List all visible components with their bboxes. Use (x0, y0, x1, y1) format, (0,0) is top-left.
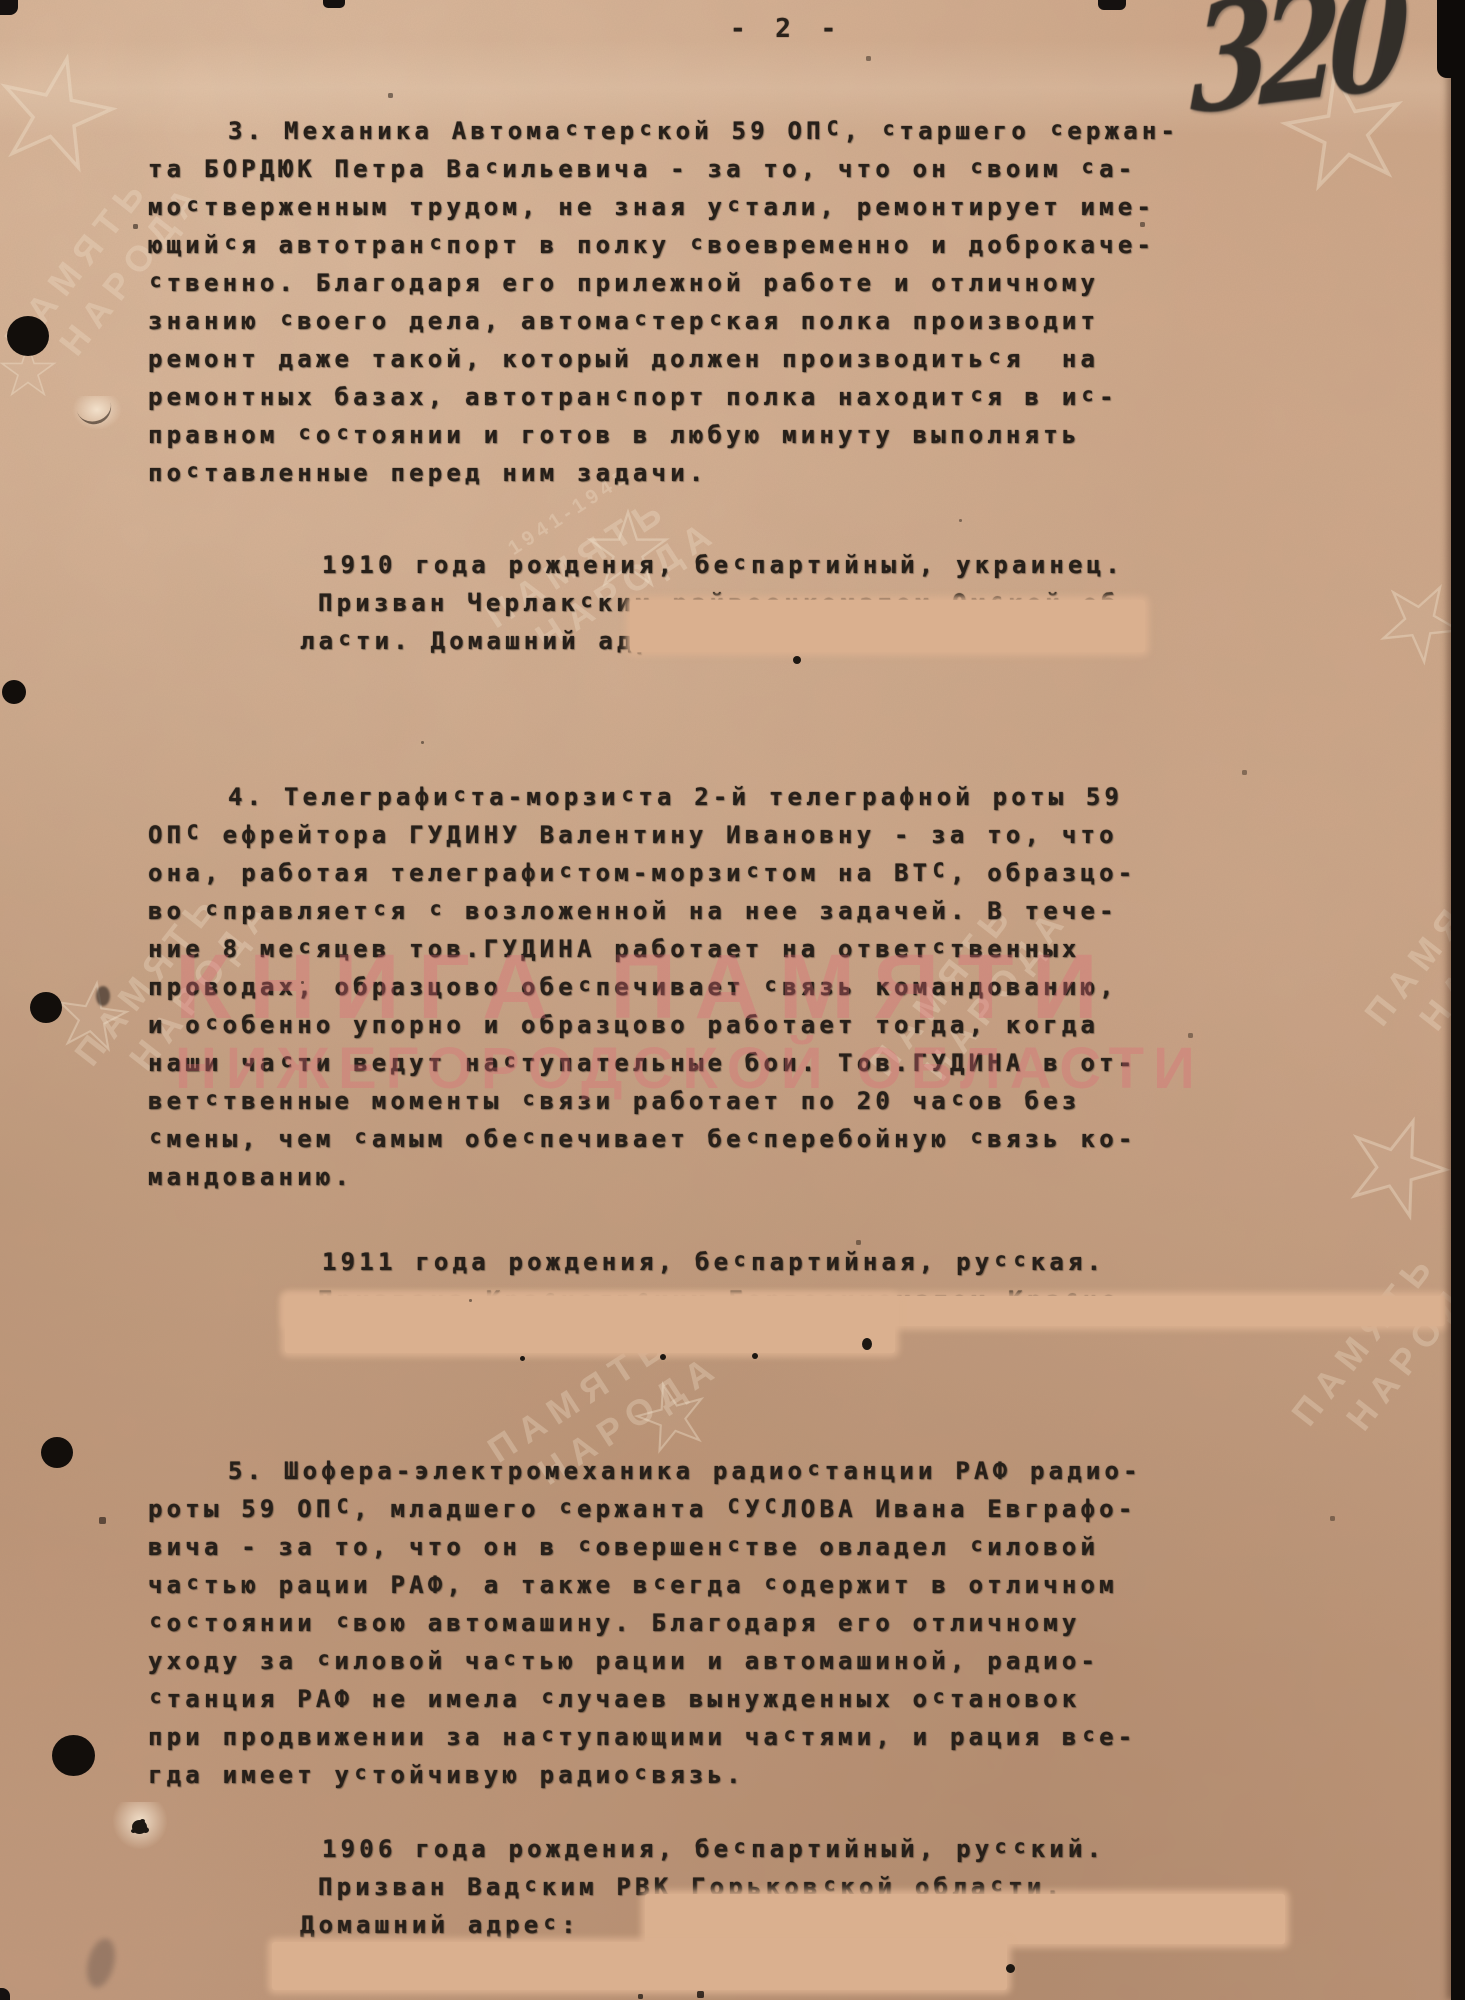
text-line: 1906 года рождения, беспартийный, русски… (322, 1830, 1105, 1868)
redaction-block (272, 1942, 1007, 1990)
text-line: при продвижении за наступающими частями,… (148, 1718, 1142, 1756)
text-line: поставленные перед ним задачи. (148, 454, 1179, 492)
scan-edge-mark (0, 0, 18, 15)
redaction-block (630, 600, 1145, 652)
watermark-memory: ПАМЯТЬНАРОДА (1355, 819, 1465, 1064)
text-line: 1911 года рождения, беспартийная, русска… (322, 1243, 1139, 1281)
ink-dot (862, 1338, 872, 1350)
paper-tear (112, 1802, 168, 1850)
text-line: ремонтных базах, автотранспорт полка нах… (148, 378, 1179, 416)
text-line: смены, чем самым обеспечивает бесперебой… (148, 1120, 1137, 1158)
text-line: 4. Телеграфиста-морзиста 2-й телеграфной… (228, 778, 1137, 816)
text-line: частью рации РАФ, а также всегда содержи… (148, 1566, 1142, 1604)
text-line: мандованию. (148, 1158, 1137, 1196)
watermark-red-book: КНИГА ПАМЯТИ НИЖЕГОРОДСКОЙ ОБЛАСТИ (175, 938, 1204, 1100)
punch-hole (2, 680, 26, 704)
text-line: та БОРДЮК Петра Васильевича - за то, что… (148, 150, 1179, 188)
page-number: - 2 - (730, 14, 843, 44)
paper-tear (72, 396, 122, 430)
text-line: правном состоянии и готов в любую минуту… (148, 416, 1179, 454)
scan-edge-mark (0, 1988, 10, 2000)
text-line: роты 59 ОПС, младшего сержанта СУСЛОВА И… (148, 1490, 1142, 1528)
ink-dot (520, 1356, 525, 1361)
text-line: уходу за силовой частью рации и автомаши… (148, 1642, 1142, 1680)
text-line: ОПС ефрейтора ГУДИНУ Валентину Ивановну … (148, 816, 1137, 854)
scan-edge-mark (1098, 0, 1126, 10)
punch-hole (52, 1735, 95, 1776)
ink-dot (793, 656, 801, 664)
text-line: знанию своего дела, автомастерская полка… (148, 302, 1179, 340)
scan-edge-right (1451, 0, 1465, 2000)
text-line: вича - за то, что он в совершенстве овла… (148, 1528, 1142, 1566)
pencil-smudge (82, 1936, 119, 1991)
text-line: мостверженным трудом, не зная устали, ре… (148, 188, 1179, 226)
ink-dot (1006, 1964, 1015, 1973)
redaction-block (645, 1894, 1285, 1944)
watermark-memory: ПАМЯТЬНАРОДА (1282, 1219, 1465, 1464)
text-line: во справляется с возложенной на нее зада… (148, 892, 1137, 930)
text-line: 5. Шофера-электромеханика радиостанции Р… (228, 1452, 1142, 1490)
text-line: состоянии свою автомашину. Благодаря его… (148, 1604, 1142, 1642)
redaction-block (285, 1296, 895, 1353)
scan-edge-corner (1437, 0, 1465, 78)
paragraph-3-citation: 3. Механика Автомастерской 59 ОПС, старш… (148, 112, 1179, 492)
text-line: ремонт даже такой, который должен произв… (148, 340, 1179, 378)
punch-hole (41, 1437, 73, 1468)
text-line: 1910 года рождения, беспартийный, украин… (322, 546, 1139, 584)
punch-hole (7, 316, 49, 356)
handwritten-page-number: 320 (1189, 0, 1402, 148)
text-line: гда имеет устойчивую радиосвязь. (148, 1756, 1142, 1794)
ink-dot (752, 1353, 758, 1359)
punch-hole (30, 992, 62, 1023)
ink-smudge (96, 986, 110, 1006)
text-line: 3. Механика Автомастерской 59 ОПС, старш… (228, 112, 1179, 150)
star-icon (1337, 1105, 1457, 1223)
text-line: ственно. Благодаря его прилежной работе … (148, 264, 1179, 302)
text-line: станция РАФ не имела случаев вынужденных… (148, 1680, 1142, 1718)
text-line: ющийся автотранспорт в полку своевременн… (148, 226, 1179, 264)
text-line: она, работая телеграфистом-морзистом на … (148, 854, 1137, 892)
paragraph-5-citation: 5. Шофера-электромеханика радиостанции Р… (148, 1452, 1142, 1794)
document-page: ПАМЯТЬНАРОДА 1941-1945 ПАМЯТЬНАРОДА ПАМЯ… (0, 0, 1465, 2000)
ink-dot (660, 1354, 666, 1360)
scan-edge-mark (323, 0, 345, 8)
